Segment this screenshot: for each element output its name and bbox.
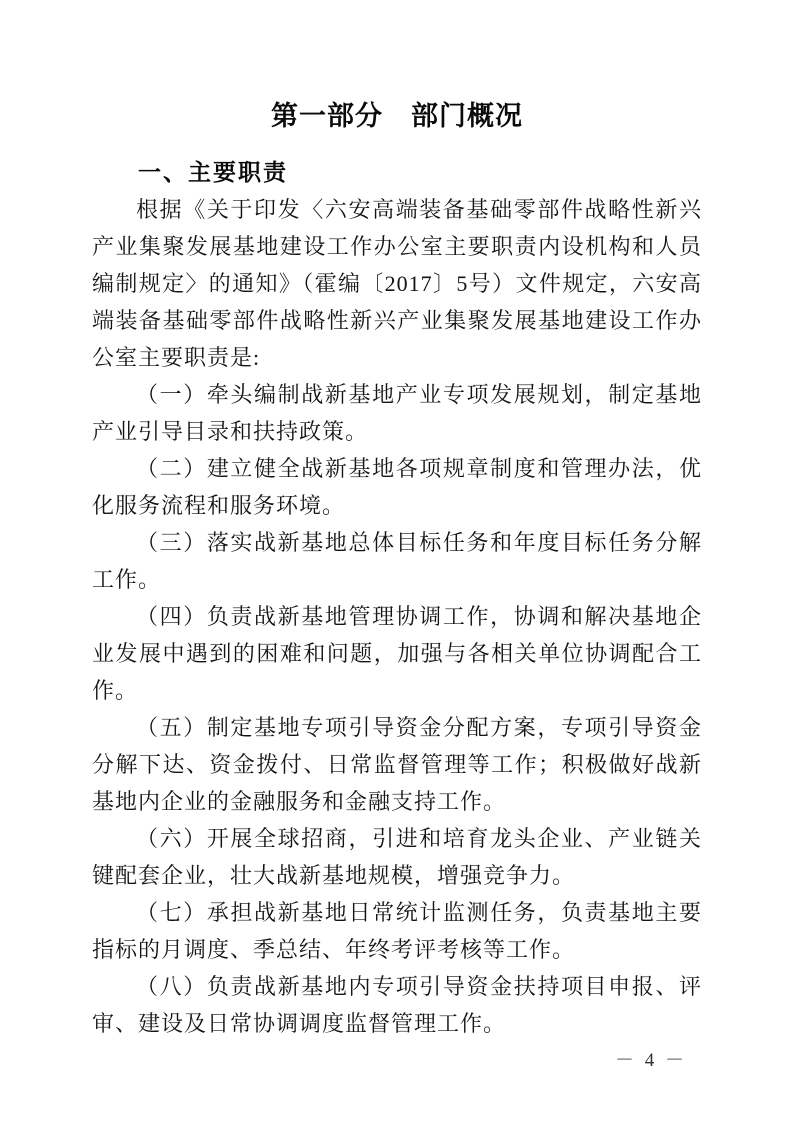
section-heading: 一、主要职责: [92, 157, 702, 187]
paragraph-duty-1: （一）牵头编制战新基地产业专项发展规划，制定基地产业引导目录和扶持政策。: [92, 376, 702, 450]
paragraph-duty-2: （二）建立健全战新基地各项规章制度和管理办法，优化服务流程和服务环境。: [92, 450, 702, 524]
page-number: － 4 －: [615, 1045, 687, 1072]
document-page: 第一部分 部门概况 一、主要职责 根据《关于印发〈六安高端装备基础零部件战略性新…: [92, 0, 702, 1042]
paragraph-duty-3: （三）落实战新基地总体目标任务和年度目标任务分解工作。: [92, 524, 702, 598]
paragraph-duty-7: （七）承担战新基地日常统计监测任务，负责基地主要指标的月调度、季总结、年终考评考…: [92, 894, 702, 968]
document-title: 第一部分 部门概况: [92, 100, 702, 132]
paragraph-duty-6: （六）开展全球招商，引进和培育龙头企业、产业链关键配套企业，壮大战新基地规模，增…: [92, 820, 702, 894]
paragraph-duty-5: （五）制定基地专项引导资金分配方案，专项引导资金分解下达、资金拨付、日常监督管理…: [92, 709, 702, 820]
paragraph-duty-8: （八）负责战新基地内专项引导资金扶持项目申报、评审、建设及日常协调调度监督管理工…: [92, 968, 702, 1042]
paragraph-duty-4: （四）负责战新基地管理协调工作，协调和解决基地企业发展中遇到的困难和问题，加强与…: [92, 598, 702, 709]
document-body: 根据《关于印发〈六安高端装备基础零部件战略性新兴产业集聚发展基地建设工作办公室主…: [92, 191, 702, 1042]
paragraph-intro: 根据《关于印发〈六安高端装备基础零部件战略性新兴产业集聚发展基地建设工作办公室主…: [92, 191, 702, 376]
